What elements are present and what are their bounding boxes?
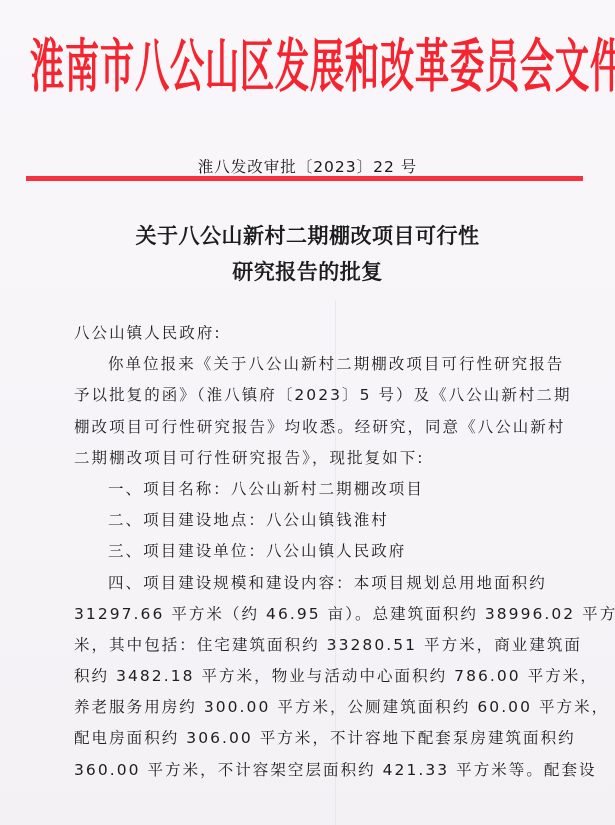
issuer-header-char: 南 [65,24,92,112]
issuer-header-char: 会 [520,24,547,112]
issuer-header-char: 淮 [30,24,57,112]
issuer-header-char: 革 [415,24,442,112]
addressee: 八公山镇人民政府: [74,318,549,349]
document-page: 淮南市八公山区发展和改革委员会文件 淮八发改审批〔2023〕22 号 关于八公山… [0,0,615,825]
issuer-header-char: 文 [555,24,582,112]
document-number: 淮八发改审批〔2023〕22 号 [0,155,615,177]
issuer-header-char: 员 [485,24,512,112]
document-title-line-1: 关于八公山新村二期棚改项目可行性 [0,218,615,254]
body-line: 360.00 平方米，不计容架空层面积约 421.33 平方米等。配套设 [74,755,549,786]
body-line: 你单位报来《关于八公山新村二期棚改项目可行性研究报告 [74,349,549,380]
document-title-line-2: 研究报告的批复 [0,254,615,290]
body-line: 二期棚改项目可行性研究报告》，现批复如下: [74,443,549,474]
issuer-header-char: 山 [205,24,232,112]
body-line: 棚改项目可行性研究报告》均收悉。经研究，同意《八公山新村 [74,412,549,443]
issuer-header-title: 淮南市八公山区发展和改革委员会文件 [26,34,586,102]
issuer-header-char: 和 [345,24,372,112]
red-separator-rule [26,176,583,181]
issuer-header-char: 市 [100,24,127,112]
issuer-header-char: 改 [380,24,407,112]
issuer-header-char: 委 [450,24,477,112]
item-project-name: 一、项目名称：八公山新村二期棚改项目 [74,474,549,505]
body-line: 予以批复的函》（淮八镇府〔2023〕5 号）及《八公山新村二期 [74,380,549,411]
body-line: 积约 3482.18 平方米，物业与活动中心面积约 786.00 平方米， [74,661,549,692]
issuer-header-char: 发 [275,24,302,112]
body-line: 配电房面积约 306.00 平方米，不计容地下配套泵房建筑面积约 [74,723,549,754]
item-project-location: 二、项目建设地点：八公山镇钱淮村 [74,505,549,536]
issuer-header-char: 八 [135,24,162,112]
body-line: 31297.66 平方米（约 46.95 亩）。总建筑面积约 38996.02 … [74,599,549,630]
issuer-header-char: 区 [240,24,267,112]
issuer-header-char: 展 [310,24,337,112]
item-project-unit: 三、项目建设单位：八公山镇人民政府 [74,536,549,567]
issuer-header-char: 公 [170,24,197,112]
issuer-header-char: 件 [590,24,615,112]
document-body: 八公山镇人民政府: 你单位报来《关于八公山新村二期棚改项目可行性研究报告 予以批… [74,318,549,786]
body-line: 米，其中包括：住宅建筑面积约 33280.51 平方米，商业建筑面 [74,630,549,661]
document-title: 关于八公山新村二期棚改项目可行性 研究报告的批复 [0,218,615,290]
body-line: 养老服务用房约 300.00 平方米，公厕建筑面积约 60.00 平方米， [74,692,549,723]
item-project-scale: 四、项目建设规模和建设内容：本项目规划总用地面积约 [74,568,549,599]
